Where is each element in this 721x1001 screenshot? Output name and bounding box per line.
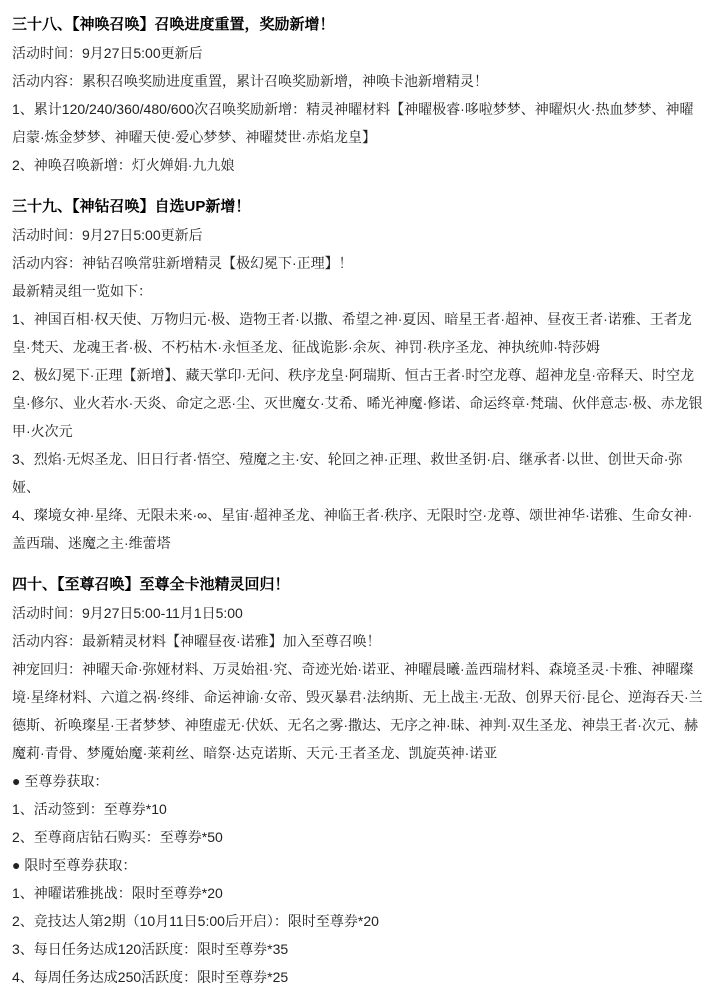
list-item: 2、竞技达人第2期（10月11日5:00后开启）：限时至尊券*20 — [12, 907, 705, 935]
list-item: 2、极幻冕下·正理【新增】、藏天掌印·无问、秩序龙皇·阿瑞斯、恒古王者·时空龙尊… — [12, 361, 705, 445]
list-item: 2、神唤召唤新增：灯火婵娟·九九娘 — [12, 151, 705, 179]
list-item: 4、每周任务达成250活跃度：限时至尊券*25 — [12, 963, 705, 991]
list-item: 2、至尊商店钻石购买：至尊券*50 — [12, 823, 705, 851]
activity-content: 活动内容：累积召唤奖励进度重置，累计召唤奖励新增，神唤卡池新增精灵！ — [12, 67, 705, 95]
activity-time: 活动时间：9月27日5:00更新后 — [12, 221, 705, 249]
announcement-document: 三十八、【神唤召唤】召唤进度重置，奖励新增！ 活动时间：9月27日5:00更新后… — [0, 0, 721, 1001]
section-40-zhizun-summon: 四十、【至尊召唤】至尊全卡池精灵回归！ 活动时间：9月27日5:00-11月1日… — [12, 570, 705, 991]
section-39-shenzuan-summon: 三十九、【神钻召唤】自选UP新增！ 活动时间：9月27日5:00更新后 活动内容… — [12, 192, 705, 557]
page: { "colors": { "background": "#ffffff", "… — [0, 0, 721, 1001]
list-item: 4、璨境女神·星绛、无限未来·∞、星宙·超神圣龙、神临王者·秩序、无限时空·龙尊… — [12, 501, 705, 557]
bullet-heading: ● 至尊券获取： — [12, 767, 705, 795]
section-38-shenhuan-summon: 三十八、【神唤召唤】召唤进度重置，奖励新增！ 活动时间：9月27日5:00更新后… — [12, 10, 705, 179]
section-heading: 三十八、【神唤召唤】召唤进度重置，奖励新增！ — [12, 10, 705, 39]
list-item: 3、烈焰·无烬圣龙、旧日行者·悟空、殪魔之主·安、轮回之神·正理、救世圣钥·启、… — [12, 445, 705, 501]
bullet-heading: ● 限时至尊券获取： — [12, 851, 705, 879]
activity-content: 活动内容：神钻召唤常驻新增精灵【极幻冕下·正理】！ — [12, 249, 705, 277]
activity-time: 活动时间：9月27日5:00-11月1日5:00 — [12, 599, 705, 627]
activity-content: 活动内容：最新精灵材料【神曜昼夜·诺雅】加入至尊召唤！ — [12, 627, 705, 655]
list-intro: 最新精灵组一览如下： — [12, 277, 705, 305]
section-heading: 四十、【至尊召唤】至尊全卡池精灵回归！ — [12, 570, 705, 599]
list-item: 1、神曜诺雅挑战：限时至尊券*20 — [12, 879, 705, 907]
pet-return-list: 神宠回归：神曜天命·弥娅材料、万灵始祖·究、奇迹光始·诺亚、神曜晨曦·盖西瑞材料… — [12, 655, 705, 767]
list-item: 1、神国百相·权天使、万物归元·极、造物王者·以撒、希望之神·夏因、暗星王者·超… — [12, 305, 705, 361]
section-heading: 三十九、【神钻召唤】自选UP新增！ — [12, 192, 705, 221]
list-item: 1、累计120/240/360/480/600次召唤奖励新增：精灵神曜材料【神曜… — [12, 95, 705, 151]
activity-time: 活动时间：9月27日5:00更新后 — [12, 39, 705, 67]
list-item: 1、活动签到：至尊券*10 — [12, 795, 705, 823]
list-item: 3、每日任务达成120活跃度：限时至尊券*35 — [12, 935, 705, 963]
